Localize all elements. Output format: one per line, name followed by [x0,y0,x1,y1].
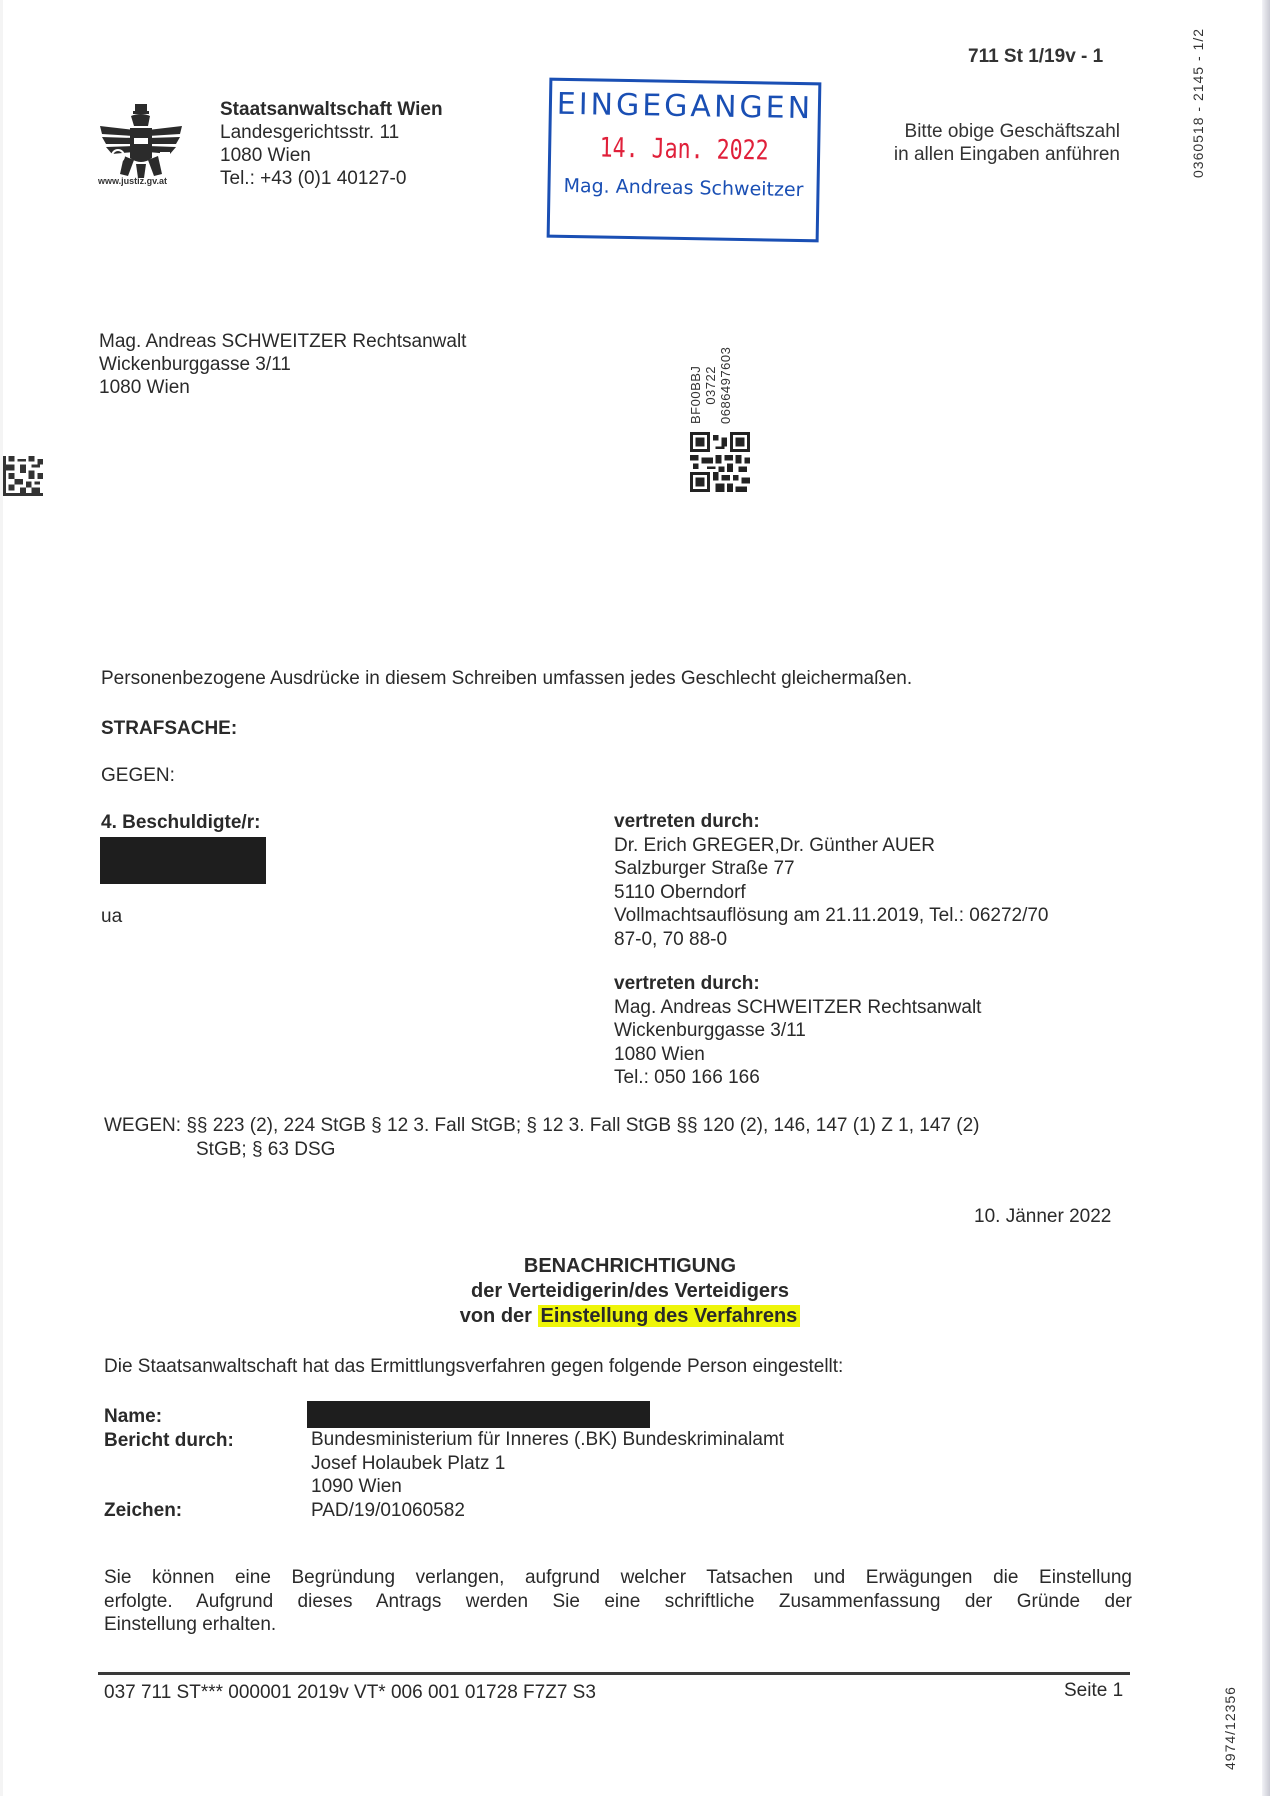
footer-code: 037 711 ST*** 000001 2019v VT* 006 001 0… [104,1682,596,1704]
accused-suffix: ua [101,906,122,928]
gegen-label: GEGEN: [101,765,175,787]
wegen-line1: §§ 223 (2), 224 StGB § 12 3. Fall StGB; … [186,1115,979,1136]
qr-code-icon [690,432,750,492]
stamp-date: 14. Jan. 2022 [578,132,791,167]
sender-city: 1080 Wien [220,144,443,167]
recipient-line1: Mag. Andreas SCHWEITZER Rechtsanwalt [99,330,466,353]
representative-1-line: 87-0, 70 88-0 [614,928,1049,952]
sender-street: Landesgerichtsstr. 11 [220,121,443,144]
sender-name: Staatsanwaltschaft Wien [220,98,443,121]
title-line2: der Verteidigerin/des Verteidigers [280,1279,980,1304]
justiz-url: www.justiz.gv.at [98,176,167,186]
barcode-line3: 0686497603 [718,347,733,424]
title-highlight: Einstellung des Verfahrens [538,1305,801,1327]
report-label: Bericht durch: [104,1430,234,1452]
redacted-accused-name [100,837,266,884]
title-line1: BENACHRICHTIGUNG [280,1254,980,1279]
representative-2-line: 1080 Wien [614,1043,981,1067]
received-stamp: EINGEGANGEN 14. Jan. 2022 Mag. Andreas S… [547,78,822,243]
sign-value: PAD/19/01060582 [311,1499,784,1523]
reference-number: 711 St 1/19v - 1 [968,46,1103,68]
barcode-text: BF00BBJ 03722 0686497603 [688,347,733,424]
report-line: Josef Holaubek Platz 1 [311,1452,784,1476]
recipient-line2: Wickenburggasse 3/11 [99,353,466,376]
stamp-title: EINGEGANGEN [552,87,819,127]
letter-title: BENACHRICHTIGUNG der Verteidigerin/des V… [280,1254,980,1329]
reference-hint-line2: in allen Eingaben anführen [866,143,1120,166]
sender-block: Staatsanwaltschaft Wien Landesgerichtsst… [220,98,443,190]
intro-text: Die Staatsanwaltschaft hat das Ermittlun… [104,1356,843,1378]
report-line: 1090 Wien [311,1475,784,1499]
gender-note: Personenbezogene Ausdrücke in diesem Sch… [101,668,912,690]
accused-label: 4. Beschuldigte/r: [101,812,260,834]
strafsache-label: STRAFSACHE: [101,718,237,740]
representative-1-line: Dr. Erich GREGER,Dr. Günther AUER [614,834,1049,858]
barcode-line1: BF00BBJ [688,347,703,424]
reference-hint: Bitte obige Geschäftszahl in allen Einga… [866,120,1120,166]
representative-1-line: 5110 Oberndorf [614,881,1049,905]
name-label: Name: [104,1406,162,1428]
redacted-person-name [307,1401,650,1428]
wegen-label: WEGEN: [104,1115,181,1136]
title-line3-prefix: von der [460,1305,532,1327]
recipient-line3: 1080 Wien [99,376,466,399]
side-code-bottom: 4974/12356 [1222,1686,1238,1770]
scan-edge-right [1262,0,1270,1796]
closing-line1: Sie können eine Begründung verlangen, au… [104,1566,1132,1590]
representative-2-line: Tel.: 050 166 166 [614,1066,981,1090]
reference-hint-line1: Bitte obige Geschäftszahl [866,120,1120,143]
closing-line3: Einstellung erhalten. [104,1613,1132,1637]
report-line: Bundesministerium für Inneres (.BK) Bund… [311,1428,784,1452]
representative-1-line: Salzburger Straße 77 [614,857,1049,881]
wegen-line2: StGB; § 63 DSG [104,1138,980,1162]
austrian-eagle-icon [98,104,184,182]
representative-2-line: Wickenburggasse 3/11 [614,1019,981,1043]
datamatrix-code-icon [3,455,43,497]
sign-label: Zeichen: [104,1500,182,1522]
barcode-line2: 03722 [703,347,718,424]
page-number: Seite 1 [1064,1680,1123,1702]
letter-date: 10. Jänner 2022 [974,1206,1111,1228]
closing-paragraph: Sie können eine Begründung verlangen, au… [104,1566,1132,1637]
report-block: Bundesministerium für Inneres (.BK) Bund… [311,1428,784,1522]
side-code-top: 0360518 - 2145 - 1/2 [1190,28,1206,178]
representative-2-line: Mag. Andreas SCHWEITZER Rechtsanwalt [614,996,981,1020]
closing-line2: erfolgte. Aufgrund dieses Antrags werden… [104,1590,1132,1614]
footer-divider [98,1672,1130,1675]
scan-edge-left [0,0,3,1796]
sender-phone: Tel.: +43 (0)1 40127-0 [220,167,443,190]
representative-2-label: vertreten durch: [614,972,981,996]
wegen-block: WEGEN: §§ 223 (2), 224 StGB § 12 3. Fall… [104,1114,980,1161]
representative-1-label: vertreten durch: [614,810,1049,834]
stamp-recipient: Mag. Andreas Schweitzer [550,175,816,202]
representative-1: vertreten durch: Dr. Erich GREGER,Dr. Gü… [614,810,1049,951]
representative-2: vertreten durch: Mag. Andreas SCHWEITZER… [614,972,981,1090]
representative-1-line: Vollmachtsauflösung am 21.11.2019, Tel.:… [614,904,1049,928]
recipient-address: Mag. Andreas SCHWEITZER Rechtsanwalt Wic… [99,330,466,399]
